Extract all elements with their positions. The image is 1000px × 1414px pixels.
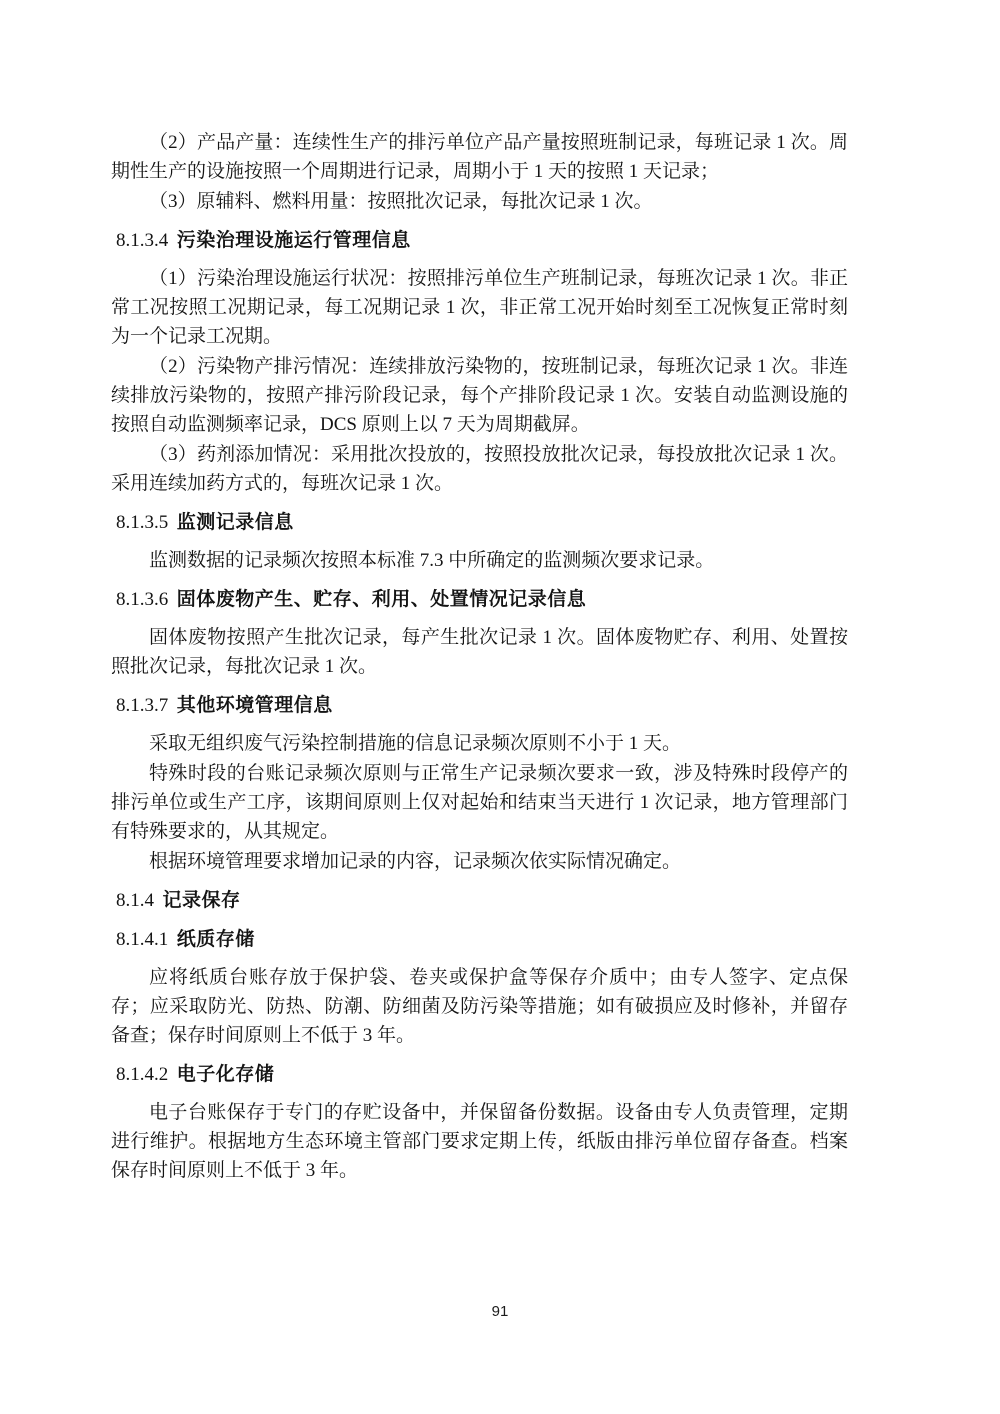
paragraph: （1）污染治理设施运行状况：按照排污单位生产班制记录，每班次记录 1 次。非正常…: [111, 264, 848, 351]
heading-text: 纸质存储: [177, 929, 255, 950]
paragraph: （2）产品产量：连续性生产的排污单位产品产量按照班制记录，每班记录 1 次。周期…: [111, 128, 848, 186]
heading-text: 电子化存储: [177, 1064, 275, 1085]
page-content: （2）产品产量：连续性生产的排污单位产品产量按照班制记录，每班记录 1 次。周期…: [111, 127, 848, 1186]
heading-text: 其他环境管理信息: [177, 695, 333, 716]
page-number: 91: [492, 1303, 509, 1320]
paragraph: 特殊时段的台账记录频次原则与正常生产记录频次要求一致，涉及特殊时段停产的排污单位…: [111, 759, 848, 846]
heading-number: 8.1.4: [116, 890, 154, 911]
heading-number: 8.1.3.7: [116, 695, 168, 716]
paragraph: 电子台账保存于专门的存贮设备中，并保留备份数据。设备由专人负责管理，定期进行维护…: [111, 1098, 848, 1185]
document-page: （2）产品产量：连续性生产的排污单位产品产量按照班制记录，每班记录 1 次。周期…: [0, 0, 1000, 1414]
paragraph: （3）原辅料、燃料用量：按照批次记录，每批次记录 1 次。: [111, 187, 848, 216]
heading-text: 固体废物产生、贮存、利用、处置情况记录信息: [177, 589, 587, 610]
page-footer: 91: [0, 1303, 1000, 1320]
paragraph: 应将纸质台账存放于保护袋、卷夹或保护盒等保存介质中；由专人签字、定点保存；应采取…: [111, 963, 848, 1050]
section-heading: 8.1.4.1纸质存储: [116, 925, 848, 954]
section-heading: 8.1.4.2电子化存储: [116, 1060, 848, 1089]
section-heading: 8.1.3.6固体废物产生、贮存、利用、处置情况记录信息: [116, 585, 848, 614]
section-heading: 8.1.3.7其他环境管理信息: [116, 691, 848, 720]
paragraph: （2）污染物产排污情况：连续排放污染物的，按班制记录，每班次记录 1 次。非连续…: [111, 352, 848, 439]
heading-text: 记录保存: [163, 890, 241, 911]
paragraph: 采取无组织废气污染控制措施的信息记录频次原则不小于 1 天。: [111, 729, 848, 758]
heading-number: 8.1.3.4: [116, 230, 168, 251]
paragraph: 固体废物按照产生批次记录，每产生批次记录 1 次。固体废物贮存、利用、处置按照批…: [111, 623, 848, 681]
heading-text: 监测记录信息: [177, 512, 294, 533]
heading-text: 污染治理设施运行管理信息: [177, 230, 411, 251]
section-heading: 8.1.3.4污染治理设施运行管理信息: [116, 226, 848, 255]
heading-number: 8.1.4.2: [116, 1064, 168, 1085]
heading-number: 8.1.3.5: [116, 512, 168, 533]
section-heading: 8.1.3.5监测记录信息: [116, 508, 848, 537]
heading-number: 8.1.3.6: [116, 589, 168, 610]
paragraph: 监测数据的记录频次按照本标准 7.3 中所确定的监测频次要求记录。: [111, 546, 848, 575]
paragraph: 根据环境管理要求增加记录的内容，记录频次依实际情况确定。: [111, 847, 848, 876]
section-heading: 8.1.4记录保存: [116, 886, 848, 915]
heading-number: 8.1.4.1: [116, 929, 168, 950]
paragraph: （3）药剂添加情况：采用批次投放的，按照投放批次记录，每投放批次记录 1 次。采…: [111, 440, 848, 498]
